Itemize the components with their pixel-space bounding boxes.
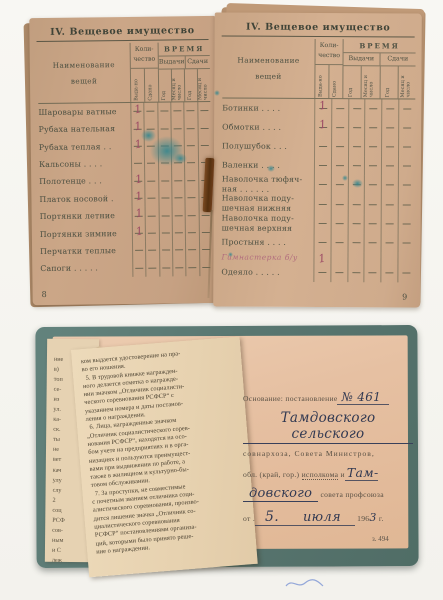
table-cell [330, 214, 347, 234]
page-number: 9 [402, 292, 407, 301]
quantity-subheaders: Выда-но Сдано [131, 68, 158, 102]
empty-cell-dash [403, 165, 411, 166]
item-label: Кальсоны . . . . [39, 159, 131, 170]
table-cell [185, 224, 199, 242]
empty-cell-dash [161, 215, 169, 216]
col-return-date: Сдачи [184, 56, 210, 68]
table-row: Обмотки . . . .1 [222, 118, 415, 138]
table-cell [185, 241, 199, 259]
empty-cell-dash [160, 111, 168, 112]
table-cell: 1 [130, 103, 144, 121]
col-return-date: Сдачи [379, 53, 416, 65]
table-row: Простыня . . . . [222, 233, 415, 253]
table-cell [159, 242, 173, 260]
quantity-title: Коли- чество [131, 43, 158, 68]
empty-cell-dash [201, 145, 209, 146]
union-label: совета профсоюза [318, 490, 384, 499]
handwritten-region-part2: довского [243, 486, 318, 502]
table-cell [145, 190, 159, 208]
empty-cell-dash [369, 223, 377, 224]
table-cell [185, 189, 199, 207]
empty-cell-dash [162, 267, 170, 268]
col-time-header: ВРЕМЯ Выдачи Сдачи Год Месяц и число Год… [342, 39, 415, 98]
table-cell [398, 156, 415, 175]
table-cell [348, 118, 365, 137]
table-cell [397, 264, 414, 283]
table-cell [365, 99, 382, 118]
table-cell [398, 253, 415, 264]
table-row: Портянки зимние1 [40, 224, 212, 243]
table-cell [364, 264, 381, 283]
document-photo: IV. Вещевое имущество Наименование вещей… [0, 0, 443, 600]
table-header: Наименование вещей Коли- чество Выда-но … [38, 42, 211, 104]
table-cell [331, 195, 348, 215]
item-label: Наволочка поду- шечная нижняя [222, 194, 314, 214]
table-cell [381, 195, 398, 215]
col-month-day: Месяц и число [361, 66, 379, 98]
empty-cell-dash [386, 204, 394, 205]
handwritten-quantity: 1 [319, 99, 328, 113]
and-label: и [338, 470, 345, 479]
ink-blot [174, 153, 187, 164]
right-clothing-table: Наименование вещей Коли- чество Выда-но … [221, 39, 415, 283]
col-issued: Выда-но [315, 65, 328, 98]
empty-cell-dash [148, 198, 156, 199]
empty-cell-dash [200, 110, 208, 111]
form-line-sovnarkhoz: совнархоза, Совета Министров, [243, 449, 413, 458]
empty-cell-dash [403, 204, 411, 205]
empty-cell-dash [175, 197, 183, 198]
empty-cell-dash [403, 108, 411, 109]
item-label: Полотенце . . . [39, 176, 131, 187]
booklet-right-page: IV. Вещевое имущество Наименование вещей… [213, 12, 422, 307]
empty-cell-dash [175, 250, 183, 251]
col-name-header: Наименование вещей [38, 43, 131, 103]
empty-cell-dash [353, 146, 361, 147]
empty-cell-dash [319, 146, 327, 147]
item-label: Рубаха теплая . . [39, 142, 131, 153]
table-cell [314, 214, 331, 234]
table-cell [398, 214, 415, 234]
empty-cell-dash [187, 110, 195, 111]
table-cell [197, 119, 211, 137]
ink-blot [214, 90, 220, 96]
table-cell [158, 207, 172, 225]
empty-cell-dash [202, 232, 210, 233]
table-row: Портянки летние1 [40, 206, 212, 225]
table-cell [381, 137, 398, 156]
typed-slip: ком выдается удостоверение на пра- во ег… [71, 336, 258, 577]
table-cell [157, 120, 171, 138]
empty-cell-dash [201, 214, 209, 215]
table-row-handwritten: Гимнастерка б/у1 [221, 252, 414, 264]
empty-cell-dash [369, 243, 377, 244]
empty-cell-dash [403, 224, 411, 225]
empty-cell-dash [386, 108, 394, 109]
col-month-day: Месяц и число [397, 66, 415, 98]
item-label: Сапоги . . . . . [40, 263, 132, 274]
handwritten-quantity: 1 [134, 172, 143, 186]
table-cell: 1 [132, 224, 146, 242]
table-cell [170, 120, 184, 138]
time-subheaders: Выдачи Сдачи [159, 55, 210, 69]
empty-cell-dash [386, 243, 394, 244]
table-cell [364, 156, 381, 175]
handwritten-number: № 461 [337, 390, 389, 405]
handwritten-organization: Тамдовского сельского [243, 410, 413, 444]
empty-cell-dash [175, 267, 183, 268]
empty-cell-dash [188, 232, 196, 233]
empty-cell-dash [369, 273, 377, 274]
empty-cell-dash [175, 232, 183, 233]
empty-cell-dash [386, 165, 394, 166]
table-cell [330, 263, 347, 282]
empty-cell-dash [148, 180, 156, 181]
table-cell [184, 102, 198, 120]
empty-cell-dash [335, 273, 343, 274]
table-row: Рубаха теплая . .1 [39, 137, 211, 156]
item-label: Полушубок . . . [222, 141, 314, 151]
empty-cell-dash [200, 128, 208, 129]
col-month-day: Месяц и число [171, 69, 184, 101]
col-time-header: ВРЕМЯ Выдачи Сдачи Год Месяц и число Год… [158, 42, 211, 102]
empty-cell-dash [187, 162, 195, 163]
empty-cell-dash [369, 204, 377, 205]
ispolkom-label: исполкома [302, 470, 339, 480]
table-cell [144, 103, 158, 121]
empty-cell-dash [148, 215, 156, 216]
table-cell: 1 [314, 118, 331, 137]
table-cell [197, 102, 211, 120]
empty-cell-dash [370, 127, 378, 128]
table-cell [158, 189, 172, 207]
item-label: Обмотки . . . . [222, 122, 314, 132]
table-cell [184, 119, 198, 137]
empty-cell-dash [319, 223, 327, 224]
table-cell [132, 259, 146, 277]
table-cell [330, 233, 347, 252]
time-title: ВРЕМЯ [344, 39, 416, 52]
table-cell [159, 259, 173, 277]
table-cell [171, 172, 185, 190]
table-row: Полотенце . . .1 [39, 171, 211, 190]
empty-cell-dash [369, 185, 377, 186]
item-label: Платок носовой . [39, 194, 131, 205]
ink-blot [141, 129, 156, 142]
blue-pen-mark [284, 576, 326, 592]
table-cell [145, 207, 159, 225]
table-cell [364, 214, 381, 234]
empty-cell-dash [174, 180, 182, 181]
empty-cell-dash [335, 243, 343, 244]
empty-cell-dash [336, 127, 344, 128]
table-cell [331, 99, 348, 118]
year-prefix: 196 [357, 514, 369, 523]
handwritten-quantity: 1 [134, 207, 143, 221]
empty-cell-dash [135, 267, 143, 268]
table-cell [314, 233, 331, 252]
table-cell [381, 118, 398, 137]
table-cell [146, 259, 160, 277]
table-row: Наволочка поду- шечная нижняя [222, 194, 415, 214]
table-cell [199, 258, 213, 276]
table-cell [331, 156, 348, 175]
empty-cell-dash [161, 198, 169, 199]
handwritten-quantity: 1 [133, 102, 142, 116]
table-row: Сапоги . . . . . [40, 258, 212, 277]
empty-cell-dash [188, 215, 196, 216]
empty-cell-dash [403, 243, 411, 244]
table-cell: 1 [131, 138, 145, 156]
table-cell: 1 [314, 99, 331, 118]
handwritten-quantity: 1 [134, 224, 143, 238]
right-page-title: IV. Вещевое имущество [219, 21, 418, 33]
form-line-ispolkom: обл. (край, гор.) исполкома иТам- [243, 465, 413, 480]
item-label: Ботинки . . . . [222, 103, 314, 113]
time-sub-subheaders: Год Месяц и число Год Месяц и число [343, 65, 415, 98]
table-cell [347, 214, 364, 234]
empty-cell-dash [336, 184, 344, 185]
table-cell [132, 242, 146, 260]
form-line-date: от .5.июля 1963 г. [243, 509, 413, 525]
ink-blot [352, 179, 363, 188]
empty-cell-dash [386, 273, 394, 274]
empty-cell-dash [403, 146, 411, 147]
table-row: Перчатки теплые [40, 241, 212, 260]
empty-cell-dash [402, 273, 410, 274]
empty-cell-dash [353, 165, 361, 166]
empty-cell-dash [135, 250, 143, 251]
table-cell [398, 137, 415, 156]
empty-cell-dash [148, 163, 156, 164]
empty-cell-dash [335, 223, 343, 224]
empty-cell-dash [352, 204, 360, 205]
table-cell [381, 156, 398, 175]
empty-cell-dash [318, 242, 326, 243]
table-cell [382, 99, 399, 118]
col-year: Год [159, 69, 171, 101]
table-cell: 1 [313, 252, 330, 263]
table-row: Наволочка поду- шечная верхняя [222, 213, 415, 233]
certificate-form: Основание: постановление№ 461 Тамдовског… [243, 390, 413, 531]
table-cell [398, 234, 415, 253]
item-label: Наволочка тюфяч- ная . . . . . . [222, 174, 314, 194]
print-order-imprint: з. 494 [372, 535, 389, 543]
col-issue-date: Выдачи [159, 56, 185, 68]
item-label: Гимнастерка б/у [221, 253, 313, 263]
col-issue-date: Выдачи [343, 53, 379, 65]
table-cell: 1 [131, 190, 145, 208]
table-cell [184, 172, 198, 190]
table-cell [172, 241, 186, 259]
col-issued: Выда-но [131, 69, 144, 102]
empty-cell-dash [188, 180, 196, 181]
item-label: Простыня . . . . [222, 238, 314, 248]
empty-cell-dash [187, 145, 195, 146]
quantity-title: Коли- чество [316, 39, 343, 64]
col-quantity-header: Коли- чество Выда-но Сдано [314, 39, 342, 98]
empty-cell-dash [147, 111, 155, 112]
table-cell [313, 263, 330, 282]
empty-cell-dash [352, 223, 360, 224]
empty-cell-dash [403, 185, 411, 186]
empty-cell-dash [386, 185, 394, 186]
empty-cell-dash [188, 197, 196, 198]
ink-blot [342, 175, 348, 181]
table-row: Валенки . . . . [222, 156, 415, 176]
empty-cell-dash [319, 165, 327, 166]
table-cell [172, 224, 186, 242]
empty-cell-dash [353, 127, 361, 128]
time-title: ВРЕМЯ [159, 42, 210, 56]
empty-cell-dash [370, 108, 378, 109]
empty-cell-dash [149, 267, 157, 268]
table-cell [398, 118, 415, 137]
table-cell [381, 234, 398, 253]
empty-cell-dash [134, 163, 142, 164]
left-page-title: IV. Вещевое имущество [33, 25, 211, 38]
table-header: Наименование вещей Коли- чество Выда-но … [222, 39, 415, 100]
table-cell [348, 156, 365, 175]
col-returned: Сдано [328, 65, 342, 98]
empty-cell-dash [162, 232, 170, 233]
table-cell [347, 234, 364, 253]
empty-cell-dash [187, 128, 195, 129]
col-year: Год [343, 66, 360, 98]
typed-regulation-text: ком выдается удостоверение на пра- во ег… [81, 346, 251, 557]
table-cell [314, 175, 331, 195]
empty-cell-dash [189, 249, 197, 250]
table-cell [158, 172, 172, 190]
handwritten-region-part1: Там- [345, 465, 379, 481]
empty-cell-dash [162, 250, 170, 251]
table-cell [347, 264, 364, 283]
table-row: Шаровары ватные1 [38, 102, 210, 121]
table-cell [348, 99, 365, 118]
col-month-day: Месяц и число [197, 69, 210, 101]
table-cell [365, 137, 382, 156]
left-table-rows: Шаровары ватные1Рубаха нательная1Рубаха … [38, 102, 212, 278]
table-row: Полушубок . . . [222, 137, 415, 157]
time-subheaders: Выдачи Сдачи [343, 52, 415, 65]
region-label: обл. (край, гор.) [243, 470, 302, 479]
table-row: Рубаха нательная1 [39, 119, 211, 138]
table-cell [197, 137, 211, 155]
table-cell [347, 253, 364, 264]
item-label: Одеяло . . . . . [221, 268, 313, 278]
col-name-header: Наименование вещей [222, 39, 314, 98]
table-row: Ботинки . . . .1 [222, 99, 415, 119]
empty-cell-dash [386, 127, 394, 128]
right-table-rows: Ботинки . . . .1Обмотки . . . .1Полушубо… [221, 99, 415, 283]
table-cell [171, 189, 185, 207]
table-cell [381, 264, 398, 283]
empty-cell-dash [352, 273, 360, 274]
booklet-left-page: IV. Вещевое имущество Наименование вещей… [29, 16, 218, 305]
table-cell [131, 155, 145, 173]
form-line-basis: Основание: постановление№ 461 [243, 390, 413, 404]
empty-cell-dash [336, 146, 344, 147]
table-row: Одеяло . . . . . [221, 263, 414, 283]
table-cell [314, 156, 331, 175]
empty-cell-dash [353, 108, 361, 109]
quantity-subheaders: Выда-но Сдано [315, 64, 342, 98]
table-cell [398, 195, 415, 215]
table-cell [381, 253, 398, 264]
ink-blot [228, 252, 233, 257]
empty-cell-dash [161, 180, 169, 181]
item-label: Наволочка поду- шечная верхняя [222, 213, 314, 233]
empty-cell-dash [403, 127, 411, 128]
empty-cell-dash [175, 215, 183, 216]
table-cell [381, 214, 398, 234]
basis-label: Основание: постановление [243, 394, 337, 403]
handwritten-day: 5. [255, 509, 289, 526]
table-cell [172, 207, 186, 225]
table-cell [158, 224, 172, 242]
table-cell [364, 234, 381, 253]
table-cell [157, 102, 171, 120]
table-cell [364, 253, 381, 264]
handwritten-year-digit: 3 [369, 511, 376, 524]
empty-cell-dash [352, 243, 360, 244]
table-cell [145, 242, 159, 260]
year-suffix: г. [379, 514, 384, 523]
table-cell [144, 172, 158, 190]
empty-cell-dash [149, 250, 157, 251]
page-number: 8 [42, 290, 47, 299]
empty-cell-dash [319, 184, 327, 185]
table-cell [170, 102, 184, 120]
table-cell [330, 252, 347, 263]
table-cell [381, 175, 398, 195]
form-line-union: довского совета профсоюза [243, 486, 413, 501]
empty-cell-dash [160, 128, 168, 129]
table-cell [314, 194, 331, 214]
empty-cell-dash [148, 233, 156, 234]
table-cell: 1 [131, 172, 145, 190]
table-cell [398, 99, 415, 118]
col-quantity-header: Коли- чество Выда-но Сдано [130, 43, 159, 102]
empty-cell-dash [174, 110, 182, 111]
time-sub-subheaders: Год Месяц и число Год Месяц и число [159, 68, 210, 102]
table-cell [398, 175, 415, 195]
empty-cell-dash [319, 204, 327, 205]
empty-cell-dash [174, 128, 182, 129]
table-cell [364, 195, 381, 215]
table-cell [347, 195, 364, 215]
handwritten-quantity: 1 [134, 189, 143, 203]
table-cell [145, 224, 159, 242]
table-cell [364, 175, 381, 195]
empty-cell-dash [386, 146, 394, 147]
table-cell [331, 137, 348, 156]
title-rule [222, 35, 415, 37]
handwritten-quantity: 1 [133, 137, 142, 151]
empty-cell-dash [336, 108, 344, 109]
table-cell [331, 118, 348, 137]
empty-cell-dash [369, 146, 377, 147]
table-row: Платок носовой .1 [39, 189, 211, 208]
handwritten-month: июля [289, 510, 355, 526]
empty-cell-dash [318, 272, 326, 273]
table-cell: 1 [132, 207, 146, 225]
ink-blot [267, 165, 275, 172]
table-cell [172, 259, 186, 277]
item-label: Шаровары ватные [38, 107, 130, 118]
col-year: Год [184, 69, 197, 101]
item-label: Перчатки теплые [40, 246, 132, 257]
